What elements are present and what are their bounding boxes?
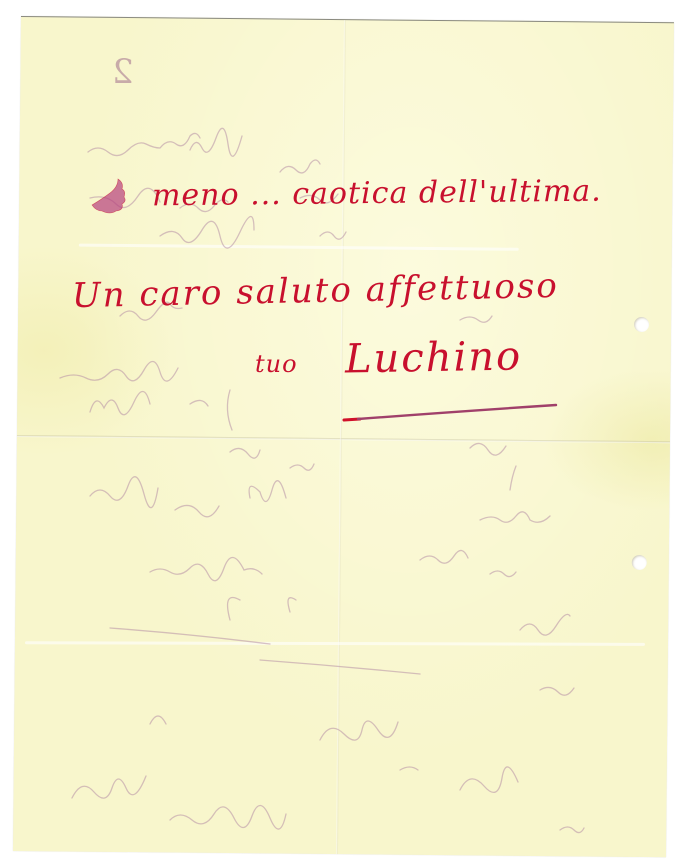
signature-underline	[0, 0, 700, 868]
